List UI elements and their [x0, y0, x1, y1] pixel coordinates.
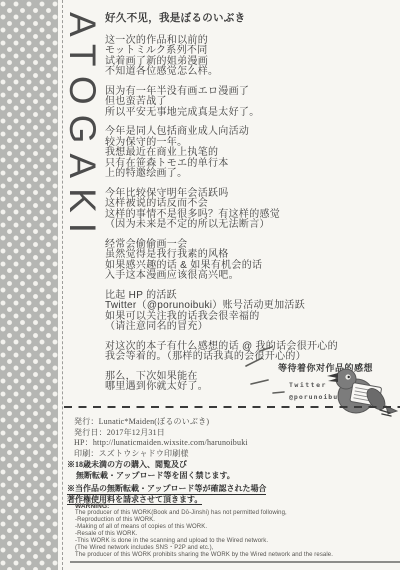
paragraph-7: 对这次的本子有什么感想的话 @ 我的话会很开心的 我会等着的。（那样的话我真的会… [105, 342, 360, 363]
en-warning-line: -Making of all of means of copies of thi… [75, 524, 385, 531]
en-warning-line: (The Wired network includes SNS・P2P and … [75, 545, 385, 552]
text-line: 入手这本漫画应该很高兴吧。 [105, 271, 360, 282]
twitter-bird-icon [320, 366, 398, 420]
en-warning-line: The producer of this WORK prohibits shar… [75, 552, 385, 559]
en-warning-heading: WARNING: [75, 503, 385, 510]
paragraph-4: 今年比较保守明年会活跃吗 这样被说的话反而不会 这样的事情不是很多吗？有这样的感… [105, 189, 360, 231]
paragraph-2: 因为有一年半没有画エロ漫画了 但也蛮苦战了 所以平安无事地完成真是太好了。 [105, 87, 360, 119]
text-line: 但也蛮苦战了 [105, 97, 360, 108]
text-line: 我想最近在商业上执笔的 [105, 148, 360, 159]
polka-dot-band [0, 0, 58, 570]
jp-warning-line: ※18歳未満の方の購入、閲覧及び [67, 460, 266, 471]
en-warning-line: -This WORK is done in the scanning and u… [75, 538, 385, 545]
paragraph-5: 经常会偷偷画一会 虽然觉得是我行我素的风格 如果感兴趣的话 & 如果有机会的话 … [105, 240, 360, 282]
text-line: 上的特邀绘画了。 [105, 169, 360, 180]
text-line: 不知道各位感觉怎么样。 [105, 67, 360, 78]
colophon-publisher: 発行：Lunatic*Maiden(ぼるのいぶき) [74, 417, 248, 428]
en-warning-line: -Reproduction of this WORK. [75, 517, 385, 524]
en-warning-line: The producer of this WORK(Book and Dō-Ji… [75, 510, 385, 517]
atogaki-vertical-title: ATOGAKI [63, 12, 101, 344]
bottom-rule [70, 561, 400, 563]
text-line: （因为未来是不定的所以无法断言） [105, 220, 360, 231]
afterword-page: ATOGAKI 好久不见，我是ぼるのいぶき 这一次的作品和以前的 モットミルク系… [0, 0, 400, 570]
speed-lines-decoration [243, 346, 289, 398]
paragraph-6: 比起 HP 的活跃 Twitter（@porunoibuki）账号活动更加活跃 … [105, 291, 360, 333]
text-line: 这样被说的话反而不会 [105, 199, 360, 210]
jp-warning-block: ※18歳未満の方の購入、閲覧及び 無断転載・アップロード等を固く禁じます。 ※当… [67, 460, 266, 505]
dashed-divider [64, 406, 400, 408]
en-warning-line: -Resale of this WORK. [75, 531, 385, 538]
text-line: モットミルク系列不同 [105, 46, 360, 57]
colophon-hp-url: HP：http://lunaticmaiden.wixsite.com/haru… [74, 438, 248, 449]
text-line: Twitter（@porunoibuki）账号活动更加活跃 [105, 301, 360, 312]
text-line: 今年是同人包括商业成人向活动 [105, 127, 360, 138]
colophon: 発行：Lunatic*Maiden(ぼるのいぶき) 発行日：2017年12月31… [74, 417, 248, 459]
text-line: （请注意同名的冒充） [105, 322, 360, 333]
colophon-date: 発行日：2017年12月31日 [74, 428, 248, 439]
paragraph-1: 这一次的作品和以前的 モットミルク系列不同 试着画了新的姐弟漫画 不知道各位感觉… [105, 36, 360, 78]
afterword-text-column: 好久不见，我是ぼるのいぶき 这一次的作品和以前的 モットミルク系列不同 试着画了… [105, 13, 360, 402]
en-warning-block: WARNING: The producer of this WORK(Book … [75, 503, 385, 559]
greeting-title: 好久不见，我是ぼるのいぶき [105, 13, 360, 24]
text-line: 所以平安无事地完成真是太好了。 [105, 108, 360, 119]
text-line: 虽然觉得是我行我素的风格 [105, 250, 360, 261]
paragraph-3: 今年是同人包括商业成人向活动 较为保守的一年。 我想最近在商业上执笔的 只有在笹… [105, 127, 360, 180]
jp-warning-line: 無断転載・アップロード等を固く禁じます。 [67, 471, 266, 482]
colophon-printer: 印刷：スズトウシャドウ印刷様 [74, 449, 248, 460]
jp-warning-line-underlined: ※当作品の無断転載・アップロード等が確認された場合 [67, 484, 266, 495]
